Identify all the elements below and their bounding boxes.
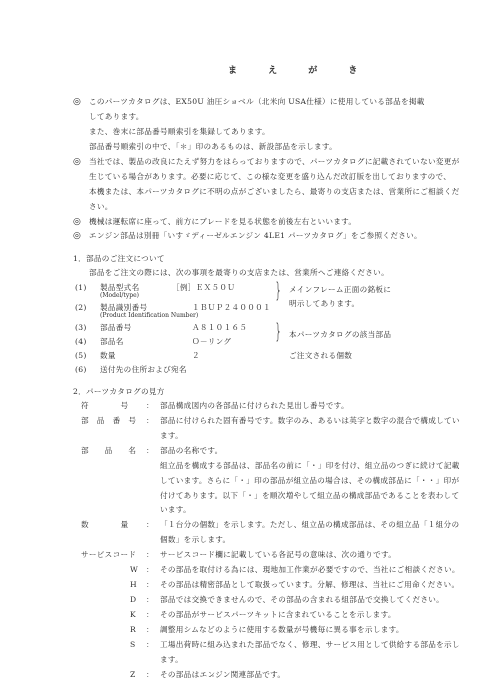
service-code: W: [130, 566, 138, 574]
item-label: 数量: [100, 352, 116, 360]
item-value: ２: [192, 352, 200, 360]
item-sublabel: (Model/type): [100, 293, 139, 299]
term-label: 符 号: [81, 402, 128, 410]
term-desc: 付けてあります。以下「・」を順次増やして組立品の構成部品であることを表わして: [160, 492, 459, 500]
bullet-mark: ◎: [73, 158, 81, 167]
preface-line: このパーツカタログは、EX50U 油圧ショベル（北米向 USA仕様）に使用してい…: [89, 98, 425, 106]
colon: ：: [146, 626, 154, 634]
term-desc: 部品の名称です。: [160, 447, 223, 455]
preface-line: さい。: [89, 203, 113, 211]
code-desc: 部品では交換できませんので、その部品の含まれる組部品で交換してください。: [160, 596, 444, 604]
code-desc: その部品は精密部品として取扱っています。分解、修理は、当社にご用命ください。: [160, 581, 459, 589]
item-value: １ＢＵＰ２４０００１: [192, 304, 271, 312]
service-code: S: [130, 641, 136, 649]
colon: ：: [146, 641, 154, 649]
item-label: 製品識別番号: [100, 304, 147, 312]
item-num: (6): [75, 366, 87, 374]
term-desc: 組立品を構成する部品は、部品名の前に「・」印を付け、組立品のつぎに続けて記載: [160, 462, 460, 470]
term-label: 数 量: [81, 521, 128, 529]
service-code: K: [130, 611, 136, 619]
preface-line: エンジン部品は別冊「いすゞディーゼルエンジン 4LE1 パーツカタログ」をご参照…: [89, 232, 422, 240]
item-num: (2): [75, 304, 87, 312]
section-heading: 1．部品のご注文について: [73, 255, 165, 263]
term-desc: 部品に付けられた固有番号です。数字のみ、あるいは英字と数字の混合で構成してい: [160, 417, 460, 425]
term-desc: 「１台分の個数」を示します。ただし、組立品の構成部品は、その組立品「１組分の: [160, 521, 459, 529]
brace-icon: }: [275, 321, 283, 341]
item-value: Ａ８１０１６５: [192, 324, 247, 332]
code-desc: その部品を取付ける為には、現地加工作業が必要ですので、当社にご相談ください。: [160, 566, 460, 574]
colon: ：: [146, 671, 154, 679]
colon: ：: [146, 417, 154, 425]
colon: ：: [146, 551, 154, 559]
item-value: ［例］ＥＸ５０Ｕ: [172, 284, 235, 292]
scan-speck: [212, 675, 214, 677]
preface-line: 部品番号順索引の中で、「＊」印のあるものは、新設部品を示します。: [89, 143, 337, 151]
item-note: 本パーツカタログの該当部品: [289, 331, 391, 339]
item-note: ご注文される個数: [289, 352, 352, 360]
colon: ：: [146, 447, 154, 455]
colon: ：: [146, 521, 154, 529]
colon: ：: [146, 581, 154, 589]
term-desc: 部品構成図内の各部品に付けられた見出し番号です。: [160, 402, 349, 410]
term-desc: サービスコード欄に記載している各記号の意味は、次の通りです。: [160, 551, 396, 559]
item-value: Ｏ－リング: [192, 338, 231, 346]
code-desc: ます。: [160, 656, 183, 664]
code-desc: その部品がサービスパーツキットに含まれていることを示します。: [160, 611, 396, 619]
preface-line: 当社では、製品の改良にたえず努力をはらっておりますので、パーツカタログに記載され…: [89, 158, 460, 166]
colon: ：: [146, 402, 154, 410]
item-num: (5): [75, 352, 87, 360]
preface-line: 機械は運転席に座って、前方にブレードを見る状態を前後左右といいます。: [89, 218, 356, 226]
term-label: 部 品 名: [81, 447, 136, 455]
colon: ：: [146, 566, 154, 574]
preface-line: 生じている場合があります。必要に応じて、この様な変更を盛り込んだ改訂版を出してお…: [89, 173, 451, 181]
term-desc: しています。さらに「・」印の部品が組立品の場合は、その構成部品に「・・」印が: [160, 477, 459, 485]
item-label: 送付先の住所および宛名: [100, 366, 187, 374]
service-code: D: [130, 596, 136, 604]
page-title: ま え が き: [228, 67, 371, 76]
code-desc: 工場出荷時に組み込まれた部品でなく、修理、サービス用として供給する部品を示し: [160, 641, 460, 649]
item-note: 明示してあります。: [289, 300, 359, 308]
item-label: 製品型式名: [100, 284, 139, 292]
item-label: 部品名: [100, 338, 124, 346]
colon: ：: [146, 611, 154, 619]
term-label: 部 品 番 号: [81, 417, 136, 425]
preface-line: してあります。: [89, 113, 144, 121]
service-code: Z: [130, 671, 136, 679]
bullet-mark: ◎: [73, 98, 81, 107]
item-note: メインフレーム正面の銘板に: [289, 286, 391, 294]
code-desc: その部品はエンジン関連部品です。: [160, 671, 285, 679]
brace-icon: }: [275, 280, 283, 300]
term-desc: ます。: [160, 432, 183, 440]
term-desc: います。: [160, 506, 191, 514]
colon: ：: [146, 596, 154, 604]
code-desc: 調整用シムなどのように使用する数量が号機毎に異る事を示します。: [160, 626, 404, 634]
service-code: R: [130, 626, 136, 634]
item-num: (4): [75, 338, 87, 346]
service-code: H: [130, 581, 137, 589]
term-desc: 個数」を示します。: [160, 536, 230, 544]
term-label: サービスコード: [81, 551, 136, 559]
section-heading: 2．パーツカタログの見方: [73, 388, 165, 396]
bullet-mark: ◎: [73, 232, 81, 241]
item-sublabel: (Product Identification Number): [100, 313, 198, 319]
preface-line: また、巻末に部品番号順索引を集録してあります。: [89, 128, 270, 136]
item-num: (3): [75, 324, 87, 332]
section-intro: 部品をご注文の際には、次の事項を最寄りの支店または、営業所へご連絡ください。: [89, 269, 389, 277]
bullet-mark: ◎: [73, 218, 81, 227]
preface-line: 本機または、本パーツカタログに不明の点がございましたら、最寄りの支店または、営業…: [89, 188, 460, 196]
item-num: (1): [75, 284, 87, 292]
item-label: 部品番号: [100, 324, 132, 332]
